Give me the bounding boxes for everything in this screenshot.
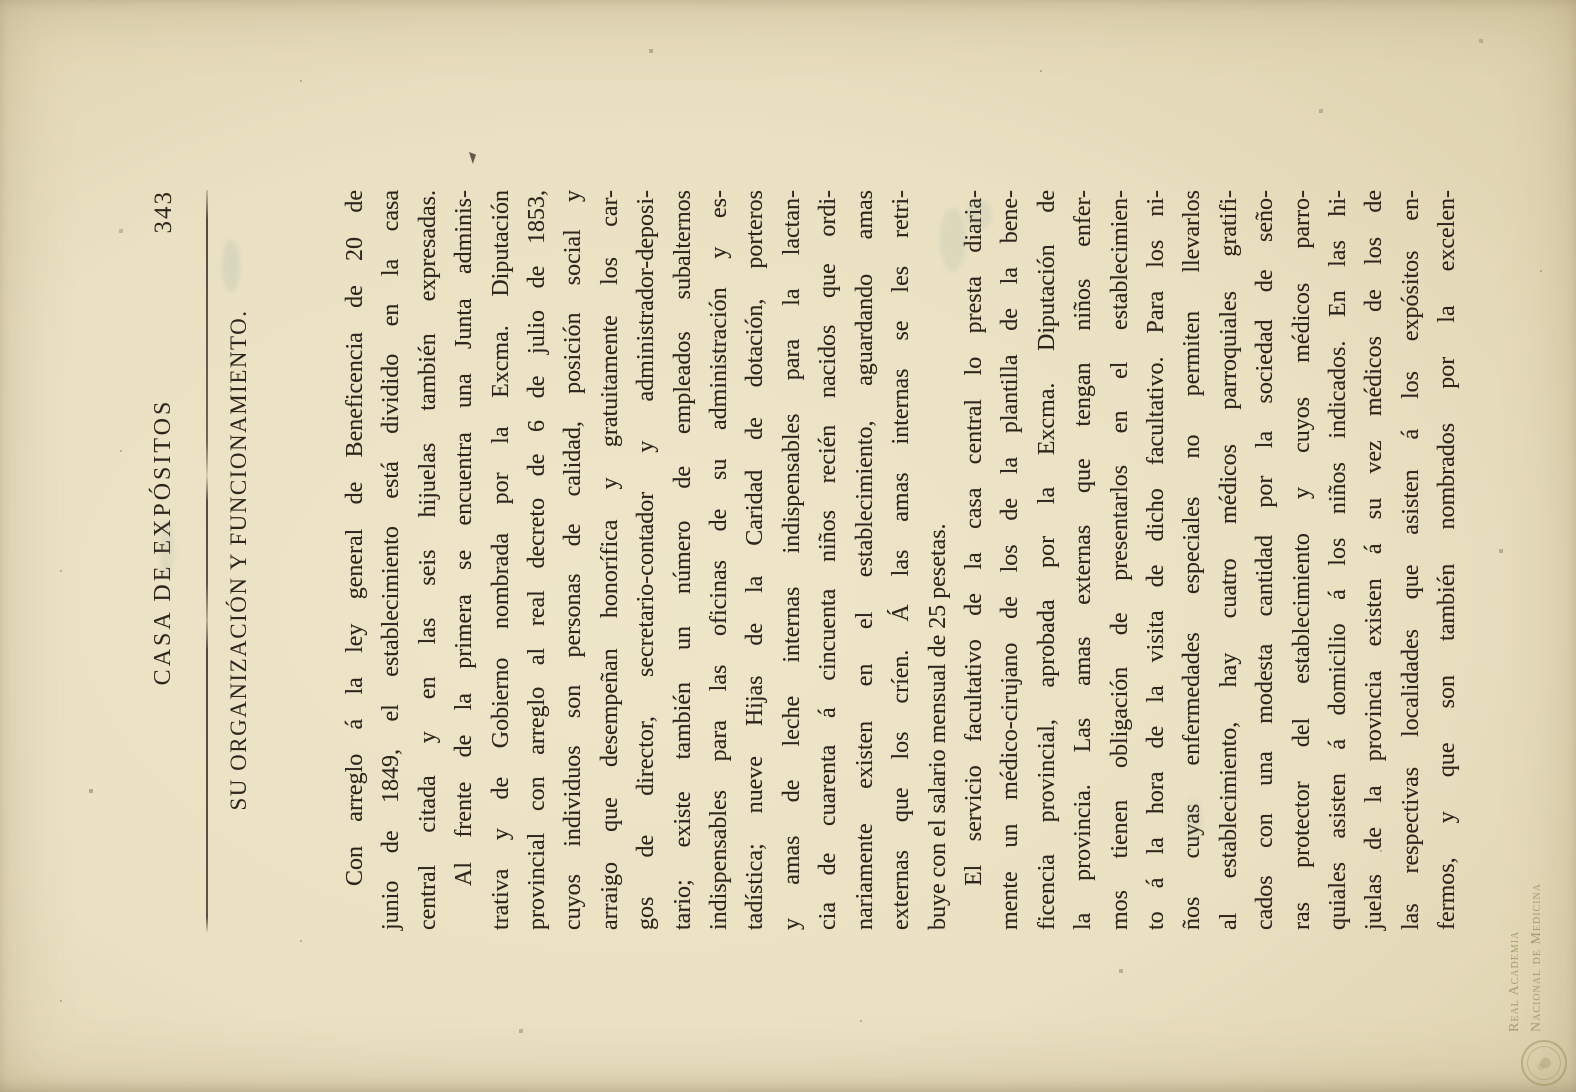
text-line: ras protector del establecimiento y cuyo…: [1284, 190, 1320, 930]
text-line: arraigo que desempeñan honorífica y grat…: [592, 190, 628, 930]
text-line: la provincia. Las amas externas que teng…: [1065, 190, 1101, 930]
body-text: Con arreglo á la ley general de Benefice…: [337, 190, 1466, 930]
text-line: El servicio facultativo de la casa centr…: [956, 190, 992, 930]
text-line: trativa y de Gobierno nombrada por la Ex…: [483, 190, 519, 930]
text-line: provincial con arreglo al real decreto d…: [519, 190, 555, 930]
show-through-mark: [966, 200, 992, 230]
show-through-mark: [1185, 798, 1203, 842]
text-line: al establecimiento, hay cuatro médicos p…: [1211, 190, 1247, 930]
watermark-text: Real Academia Nacional de Medicina: [1504, 883, 1548, 1032]
text-line: fermos, y que son también nombrados por …: [1429, 190, 1465, 930]
text-line: cados con una modesta cantidad por la so…: [1247, 190, 1283, 930]
page-number: 343: [150, 190, 178, 234]
watermark-line-2: Nacional de Medicina: [1526, 883, 1548, 1032]
text-line: indispensables para las oficinas de su a…: [701, 190, 737, 930]
watermark: Real Academia Nacional de Medicina: [1498, 828, 1572, 1088]
text-line: cia de cuarenta á cincuenta niños recién…: [810, 190, 846, 930]
text-line: tadística; nueve Hijas de la Caridad de …: [737, 190, 773, 930]
text-line: y amas de leche internas indispensables …: [774, 190, 810, 930]
header-rule: [206, 190, 208, 932]
paragraph: Al frente de la primera se encuentra una…: [446, 190, 956, 930]
ink-blot: [469, 152, 476, 164]
paragraph: El servicio facultativo de la casa centr…: [956, 190, 1466, 930]
text-line: junio de 1849, el establecimiento está d…: [373, 190, 409, 930]
show-through-mark: [940, 208, 966, 272]
text-line: juelas de la provincia existen á su vez …: [1356, 190, 1392, 930]
text-line: Al frente de la primera se encuentra una…: [446, 190, 482, 930]
text-line: quiales asisten á domicilio á los niños …: [1320, 190, 1356, 930]
scanned-book-page: CASA DE EXPÓSITOS 343 SU ORGANIZACIÓN Y …: [0, 0, 1576, 1092]
text-line: central citada y en las seis hijuelas ta…: [410, 190, 446, 930]
text-line: to á la hora de la visita de dicho facul…: [1138, 190, 1174, 930]
text-line: Con arreglo á la ley general de Benefice…: [337, 190, 373, 930]
text-line: las respectivas localidades que asisten …: [1393, 190, 1429, 930]
screenshot-root: CASA DE EXPÓSITOS 343 SU ORGANIZACIÓN Y …: [0, 0, 1576, 1092]
paragraph: Con arreglo á la ley general de Benefice…: [337, 190, 446, 930]
text-line: mente un médico-cirujano de los de la pl…: [992, 190, 1028, 930]
text-line: externas que los críen. Á las amas inter…: [883, 190, 919, 930]
library-seal-icon: [1521, 1040, 1567, 1086]
text-line: buye con el salario mensual de 25 peseta…: [920, 190, 956, 930]
show-through-mark: [160, 521, 174, 577]
text-line: tario; existe también un número de emple…: [665, 190, 701, 930]
text-line: gos de director, secretario-contador y a…: [628, 190, 664, 930]
section-heading: SU ORGANIZACIÓN Y FUNCIONAMIENTO.: [226, 190, 252, 930]
text-line: cuyos individuos son personas de calidad…: [555, 190, 591, 930]
text-line: mos tienen obligación de presentarlos en…: [1102, 190, 1138, 930]
watermark-line-1: Real Academia: [1504, 883, 1526, 1032]
text-line: nariamente existen en el establecimiento…: [847, 190, 883, 930]
text-line: ficencia provincial, aprobada por la Exc…: [1029, 190, 1065, 930]
show-through-mark: [222, 240, 240, 292]
